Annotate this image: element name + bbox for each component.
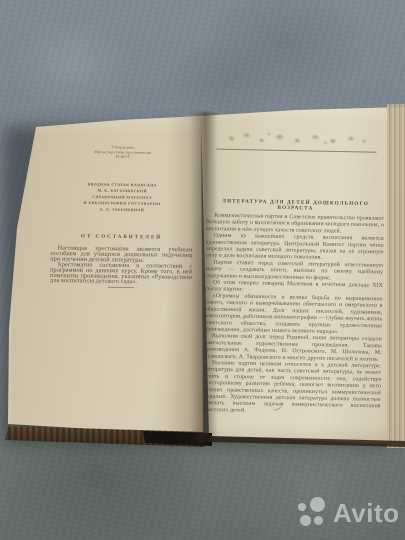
page-stack-fore-edge: [387, 104, 405, 448]
left-page-paragraphs: Настоящая хрестоматия является учебным п…: [50, 245, 193, 285]
left-page-paragraph: Хрестоматия составлена в соответствии с …: [50, 261, 192, 285]
approval-stamp: Утверждено Министерством просвещения РСФ…: [52, 144, 194, 160]
avito-logo-icon: [298, 497, 328, 529]
body-paragraph: Указание партии целиком относится и к де…: [202, 359, 381, 416]
credits-block: ВВОДНАЯ СТАТЬЯ НАПИСАНА М. К. БОГОЛЮБСКО…: [51, 181, 193, 214]
section-divider-line: [108, 287, 134, 288]
logo-dot: [300, 515, 311, 526]
body-paragraph: Выполняя свой долг перед Родиной, наши л…: [203, 333, 381, 363]
avito-wordmark: Avito: [333, 497, 400, 529]
logo-dot: [310, 497, 325, 512]
logo-dot: [298, 503, 306, 511]
right-page-paragraphs: Коммунистическая партия и Советское прав…: [202, 212, 384, 416]
avito-watermark: Avito: [298, 497, 400, 529]
body-paragraph: Одним из важнейших средств воспитания яв…: [205, 232, 383, 262]
right-page-text: ЛИТЕРАТУРА ДЛЯ ДЕТЕЙ ДОШКОЛЬНОГО ВОЗРАСТ…: [202, 124, 386, 447]
credits-line: А. Л. ТАБЕНКИНОЙ: [51, 206, 193, 214]
stamp-line: РСФСР: [52, 153, 194, 160]
chapter-title: ЛИТЕРАТУРА ДЛЯ ДЕТЕЙ ДОШКОЛЬНОГО ВОЗРАСТ…: [206, 198, 384, 212]
left-page-text: Утверждено Министерством просвещения РСФ…: [48, 138, 194, 450]
logo-dot: [314, 516, 323, 525]
floral-header-ornament: [223, 127, 372, 150]
body-paragraph: «Огромны обязанности и велика борьба по …: [204, 292, 383, 336]
photo-open-book: Утверждено Министерством просвещения РСФ…: [0, 0, 405, 540]
from-compilers-heading: ОТ СОСТАВИТЕЛЕЙ: [51, 233, 193, 240]
